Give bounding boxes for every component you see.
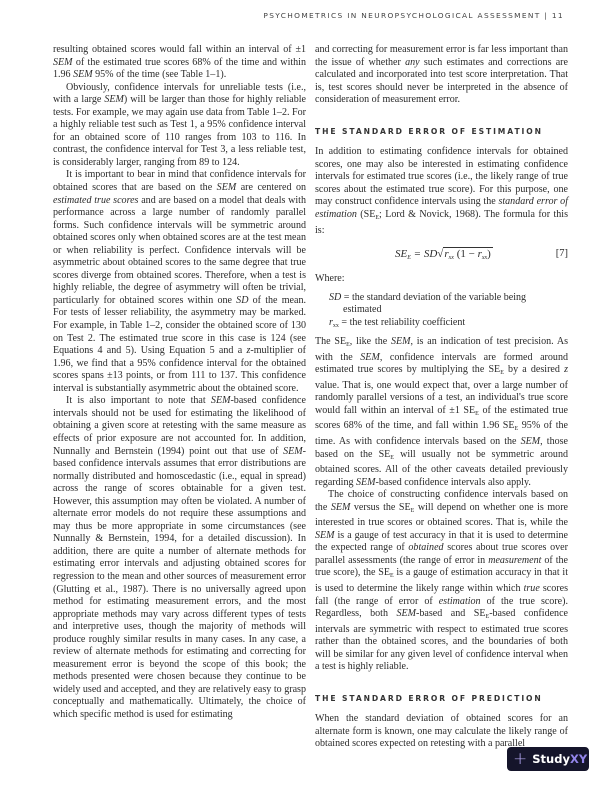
left-column: resulting obtained scores would fall wit… bbox=[53, 44, 306, 722]
paragraph: resulting obtained scores would fall wit… bbox=[53, 44, 306, 82]
paragraph: In addition to estimating confidence int… bbox=[315, 146, 568, 237]
equation-7: SEE = SD√rxx (1 − rxx) [7] bbox=[315, 241, 568, 273]
section-heading-estimation: THE STANDARD ERROR OF ESTIMATION bbox=[315, 126, 568, 139]
equation-expression: SEE = SD√rxx (1 − rxx) bbox=[395, 248, 493, 265]
plus-icon: + bbox=[513, 751, 527, 768]
paragraph: It is also important to note that SEM-ba… bbox=[53, 395, 306, 721]
paragraph: The SEE, like the SEM, is an indication … bbox=[315, 336, 568, 489]
paragraph: and correcting for measurement error is … bbox=[315, 44, 568, 107]
definition-sd-continuation: estimated bbox=[329, 304, 568, 317]
paragraph: The choice of constructing confidence in… bbox=[315, 489, 568, 674]
badge-text: Study bbox=[532, 752, 570, 766]
definitions-list: SD = the standard deviation of the varia… bbox=[329, 292, 568, 333]
paragraph: It is important to bear in mind that con… bbox=[53, 169, 306, 395]
where-label: Where: bbox=[315, 273, 568, 286]
paragraph: Obviously, confidence intervals for unre… bbox=[53, 82, 306, 170]
running-head: PSYCHOMETRICS IN NEUROPSYCHOLOGICAL ASSE… bbox=[263, 11, 564, 20]
section-heading-prediction: THE STANDARD ERROR OF PREDICTION bbox=[315, 693, 568, 706]
radicand: rxx (1 − rxx) bbox=[443, 247, 493, 260]
equation-number: [7] bbox=[556, 248, 568, 261]
paragraph: When the standard deviation of obtained … bbox=[315, 713, 568, 751]
definition-sd: SD = the standard deviation of the varia… bbox=[329, 292, 568, 305]
badge-accent-text: XY bbox=[570, 752, 587, 766]
right-column: and correcting for measurement error is … bbox=[315, 44, 568, 751]
studyxy-badge[interactable]: + StudyXY bbox=[507, 747, 589, 771]
definition-rxx: rxx = the test reliability coefficient bbox=[329, 317, 568, 333]
